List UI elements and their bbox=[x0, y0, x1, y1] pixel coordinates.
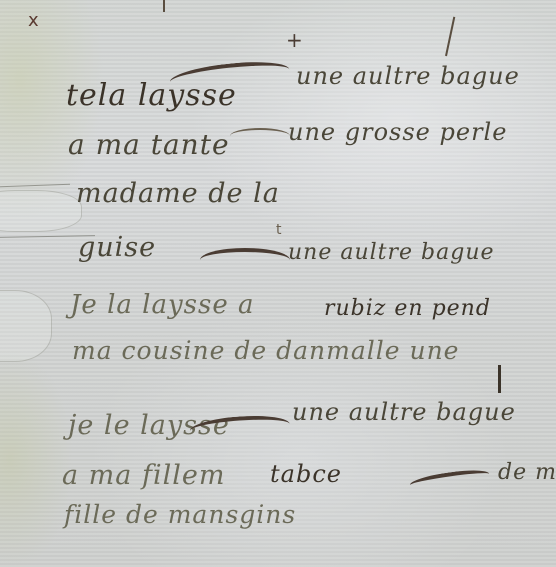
manuscript-line-8-left: a ma fillem bbox=[62, 460, 225, 491]
paper-fold-line bbox=[0, 184, 70, 187]
manuscript-line-5-left: Je la laysse a bbox=[70, 290, 255, 320]
t-mark: t bbox=[276, 222, 282, 238]
cross-mark: + bbox=[286, 28, 303, 52]
manuscript-line-3-left: madame de la bbox=[76, 178, 280, 209]
manuscript-line-1-right: une aultre bague bbox=[296, 62, 520, 90]
manuscript-line-6-left: ma cousine de danmalle une bbox=[72, 336, 459, 365]
paper-tear bbox=[0, 290, 52, 362]
ink-stroke bbox=[445, 17, 455, 57]
manuscript-line-7-right: de ma bbox=[498, 460, 556, 485]
connector-swash bbox=[409, 467, 490, 492]
manuscript-line-2-left: a ma tante bbox=[68, 128, 230, 161]
manuscript-page: x + t tela laysse a ma tante madame de l… bbox=[0, 0, 556, 567]
connector-swash bbox=[200, 248, 290, 272]
manuscript-line-6-right: tabce bbox=[270, 460, 342, 488]
manuscript-line-2-right: une grosse perle bbox=[288, 118, 507, 146]
connector-swash bbox=[230, 128, 290, 144]
manuscript-line-3-right: une aultre bague bbox=[288, 240, 495, 265]
corner-cross-mark: x bbox=[28, 10, 39, 31]
manuscript-line-9-left: fille de mansgins bbox=[64, 500, 296, 529]
manuscript-line-4-right: rubiz en pend bbox=[324, 296, 491, 321]
manuscript-line-5-right: une aultre bague bbox=[292, 398, 516, 426]
manuscript-line-4-left: guise bbox=[78, 232, 156, 263]
ink-stroke bbox=[498, 365, 501, 393]
ink-stroke bbox=[163, 0, 165, 12]
paper-tear bbox=[0, 190, 82, 232]
